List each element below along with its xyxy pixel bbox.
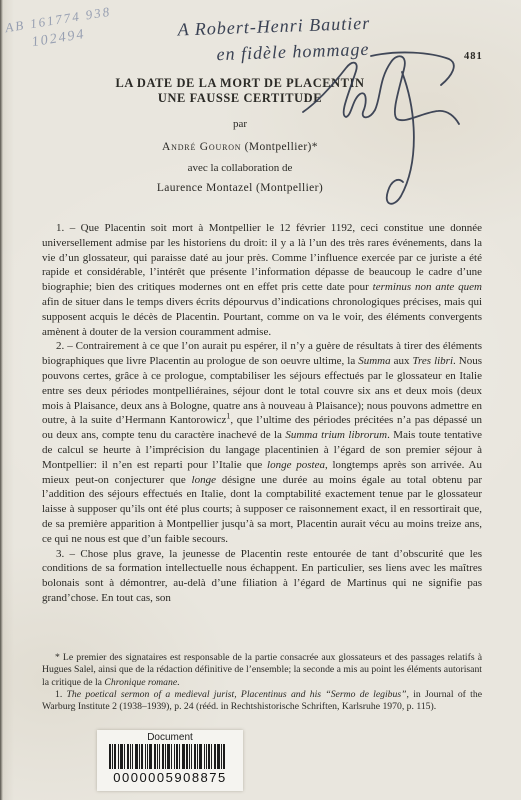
scanned-page: AB 161774 938 102494 A Robert-Henri Baut… xyxy=(0,0,521,800)
author-primary: André Gouron (Montpellier)* xyxy=(40,141,440,153)
author-secondary: Laurence Montazel (Montpellier) xyxy=(40,182,440,194)
footnote-1: 1. The poetical sermon of a medieval jur… xyxy=(42,689,482,714)
footnote-asterisk: * Le premier des signataires est respons… xyxy=(42,652,482,689)
article-title-line2: UNE FAUSSE CERTITUDE xyxy=(40,91,440,106)
paragraph-2: 2. – Contrairement à ce que l’on aurait … xyxy=(42,339,482,546)
paragraph-3: 3. – Chose plus grave, la jeunesse de Pl… xyxy=(42,547,482,606)
author-primary-name: André Gouron xyxy=(162,141,241,153)
paragraph-1: 1. – Que Placentin soit mort à Montpelli… xyxy=(42,221,482,339)
barcode-label: Document xyxy=(97,732,243,743)
author-primary-affiliation: (Montpellier)* xyxy=(241,141,318,153)
article-title-line1: LA DATE DE LA MORT DE PLACENTIN xyxy=(40,76,440,91)
author-secondary-name: Laurence Montazel xyxy=(157,182,253,194)
byline: par André Gouron (Montpellier)* avec la … xyxy=(40,118,440,194)
article-title: LA DATE DE LA MORT DE PLACENTIN UNE FAUS… xyxy=(40,76,440,105)
barcode-sticker: Document 0000005908875 xyxy=(97,730,243,791)
page-number: 481 xyxy=(464,51,483,62)
footnotes: * Le premier des signataires est respons… xyxy=(42,652,482,713)
scan-edge xyxy=(0,0,3,800)
article-body: 1. – Que Placentin soit mort à Montpelli… xyxy=(42,221,482,606)
author-secondary-affiliation: (Montpellier) xyxy=(253,182,323,194)
collaboration-note: avec la collaboration de xyxy=(40,162,440,174)
handwritten-dedication: A Robert-Henri Bautier en fidèle hommage xyxy=(177,7,439,68)
pencil-shelfmark: AB 161774 938 102494 xyxy=(4,0,138,56)
barcode-bars xyxy=(109,744,231,769)
byline-par: par xyxy=(40,118,440,130)
barcode-number: 0000005908875 xyxy=(97,770,243,785)
